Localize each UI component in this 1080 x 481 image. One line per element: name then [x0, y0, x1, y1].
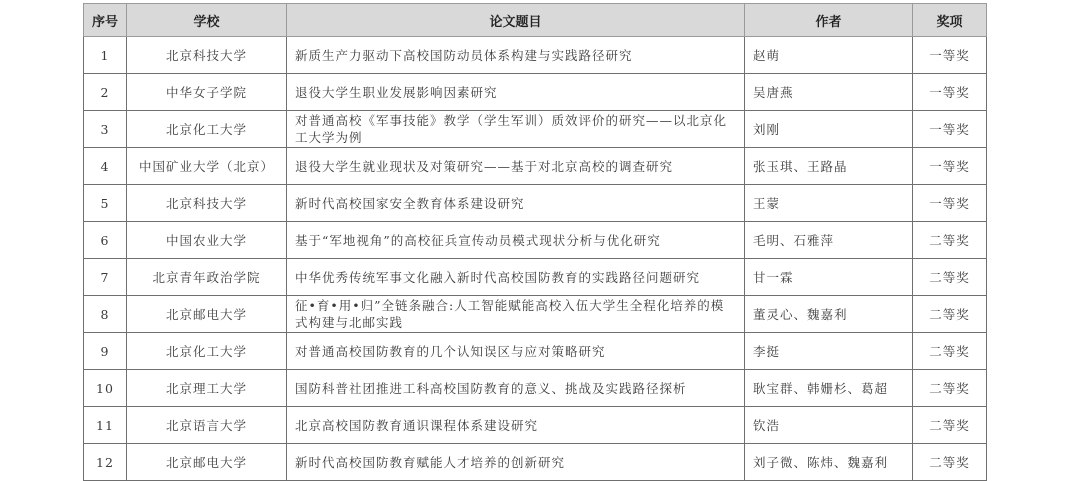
cell-award: 二等奖: [913, 333, 987, 370]
table-row: 6 中国农业大学 基于“军地视角”的高校征兵宣传动员模式现状分析与优化研究 毛明…: [84, 222, 987, 259]
table-row: 1 北京科技大学 新质生产力驱动下高校国防动员体系构建与实践路径研究 赵萌 一等…: [84, 37, 987, 74]
cell-no: 8: [84, 296, 127, 333]
table-header-row: 序号 学校 论文题目 作者 奖项: [84, 4, 987, 37]
cell-award: 二等奖: [913, 370, 987, 407]
cell-school: 北京理工大学: [127, 370, 287, 407]
cell-author: 李挺: [745, 333, 913, 370]
cell-school: 北京科技大学: [127, 37, 287, 74]
cell-school: 北京科技大学: [127, 185, 287, 222]
cell-award: 二等奖: [913, 407, 987, 444]
table-row: 12 北京邮电大学 新时代高校国防教育赋能人才培养的创新研究 刘子微、陈炜、魏嘉…: [84, 444, 987, 481]
cell-author: 甘一霖: [745, 259, 913, 296]
cell-award: 二等奖: [913, 259, 987, 296]
cell-author: 刘子微、陈炜、魏嘉利: [745, 444, 913, 481]
cell-author: 钦浩: [745, 407, 913, 444]
cell-title: 新时代高校国家安全教育体系建设研究: [287, 185, 745, 222]
cell-school: 中国矿业大学（北京）: [127, 148, 287, 185]
cell-school: 北京语言大学: [127, 407, 287, 444]
header-no: 序号: [84, 4, 127, 37]
cell-author: 刘刚: [745, 111, 913, 148]
cell-title: 对普通高校《军事技能》教学（学生军训）质效评价的研究——以北京化工大学为例: [287, 111, 745, 148]
cell-award: 一等奖: [913, 111, 987, 148]
table-row: 3 北京化工大学 对普通高校《军事技能》教学（学生军训）质效评价的研究——以北京…: [84, 111, 987, 148]
cell-no: 1: [84, 37, 127, 74]
cell-award: 二等奖: [913, 222, 987, 259]
cell-award: 一等奖: [913, 37, 987, 74]
awards-table: 序号 学校 论文题目 作者 奖项 1 北京科技大学 新质生产力驱动下高校国防动员…: [83, 3, 987, 481]
header-author: 作者: [745, 4, 913, 37]
header-title: 论文题目: [287, 4, 745, 37]
cell-school: 中国农业大学: [127, 222, 287, 259]
table-row: 8 北京邮电大学 征•育•用•归”全链条融合:人工智能赋能高校入伍大学生全程化培…: [84, 296, 987, 333]
cell-title: 新时代高校国防教育赋能人才培养的创新研究: [287, 444, 745, 481]
cell-no: 9: [84, 333, 127, 370]
cell-school: 中华女子学院: [127, 74, 287, 111]
cell-school: 北京邮电大学: [127, 296, 287, 333]
cell-award: 一等奖: [913, 148, 987, 185]
cell-school: 北京青年政治学院: [127, 259, 287, 296]
cell-no: 11: [84, 407, 127, 444]
cell-title: 退役大学生职业发展影响因素研究: [287, 74, 745, 111]
cell-no: 2: [84, 74, 127, 111]
cell-no: 10: [84, 370, 127, 407]
cell-award: 一等奖: [913, 74, 987, 111]
table-row: 4 中国矿业大学（北京） 退役大学生就业现状及对策研究——基于对北京高校的调查研…: [84, 148, 987, 185]
cell-no: 7: [84, 259, 127, 296]
cell-no: 6: [84, 222, 127, 259]
cell-author: 董灵心、魏嘉利: [745, 296, 913, 333]
table-row: 7 北京青年政治学院 中华优秀传统军事文化融入新时代高校国防教育的实践路径问题研…: [84, 259, 987, 296]
cell-title: 征•育•用•归”全链条融合:人工智能赋能高校入伍大学生全程化培养的模式构建与北邮…: [287, 296, 745, 333]
cell-award: 二等奖: [913, 296, 987, 333]
cell-school: 北京化工大学: [127, 111, 287, 148]
table-row: 2 中华女子学院 退役大学生职业发展影响因素研究 吴唐燕 一等奖: [84, 74, 987, 111]
cell-no: 3: [84, 111, 127, 148]
cell-no: 4: [84, 148, 127, 185]
cell-title: 基于“军地视角”的高校征兵宣传动员模式现状分析与优化研究: [287, 222, 745, 259]
cell-title: 国防科普社团推进工科高校国防教育的意义、挑战及实践路径探析: [287, 370, 745, 407]
cell-author: 王蒙: [745, 185, 913, 222]
cell-award: 一等奖: [913, 185, 987, 222]
cell-author: 赵萌: [745, 37, 913, 74]
cell-school: 北京化工大学: [127, 333, 287, 370]
cell-title: 退役大学生就业现状及对策研究——基于对北京高校的调查研究: [287, 148, 745, 185]
cell-school: 北京邮电大学: [127, 444, 287, 481]
cell-author: 吴唐燕: [745, 74, 913, 111]
cell-no: 5: [84, 185, 127, 222]
cell-no: 12: [84, 444, 127, 481]
table-row: 9 北京化工大学 对普通高校国防教育的几个认知误区与应对策略研究 李挺 二等奖: [84, 333, 987, 370]
table-row: 5 北京科技大学 新时代高校国家安全教育体系建设研究 王蒙 一等奖: [84, 185, 987, 222]
cell-award: 二等奖: [913, 444, 987, 481]
cell-title: 中华优秀传统军事文化融入新时代高校国防教育的实践路径问题研究: [287, 259, 745, 296]
cell-author: 张玉琪、王路晶: [745, 148, 913, 185]
header-award: 奖项: [913, 4, 987, 37]
cell-author: 耿宝群、韩姗杉、葛超: [745, 370, 913, 407]
cell-title: 新质生产力驱动下高校国防动员体系构建与实践路径研究: [287, 37, 745, 74]
cell-title: 北京高校国防教育通识课程体系建设研究: [287, 407, 745, 444]
cell-author: 毛明、石雅萍: [745, 222, 913, 259]
cell-title: 对普通高校国防教育的几个认知误区与应对策略研究: [287, 333, 745, 370]
table-row: 11 北京语言大学 北京高校国防教育通识课程体系建设研究 钦浩 二等奖: [84, 407, 987, 444]
header-school: 学校: [127, 4, 287, 37]
table-row: 10 北京理工大学 国防科普社团推进工科高校国防教育的意义、挑战及实践路径探析 …: [84, 370, 987, 407]
